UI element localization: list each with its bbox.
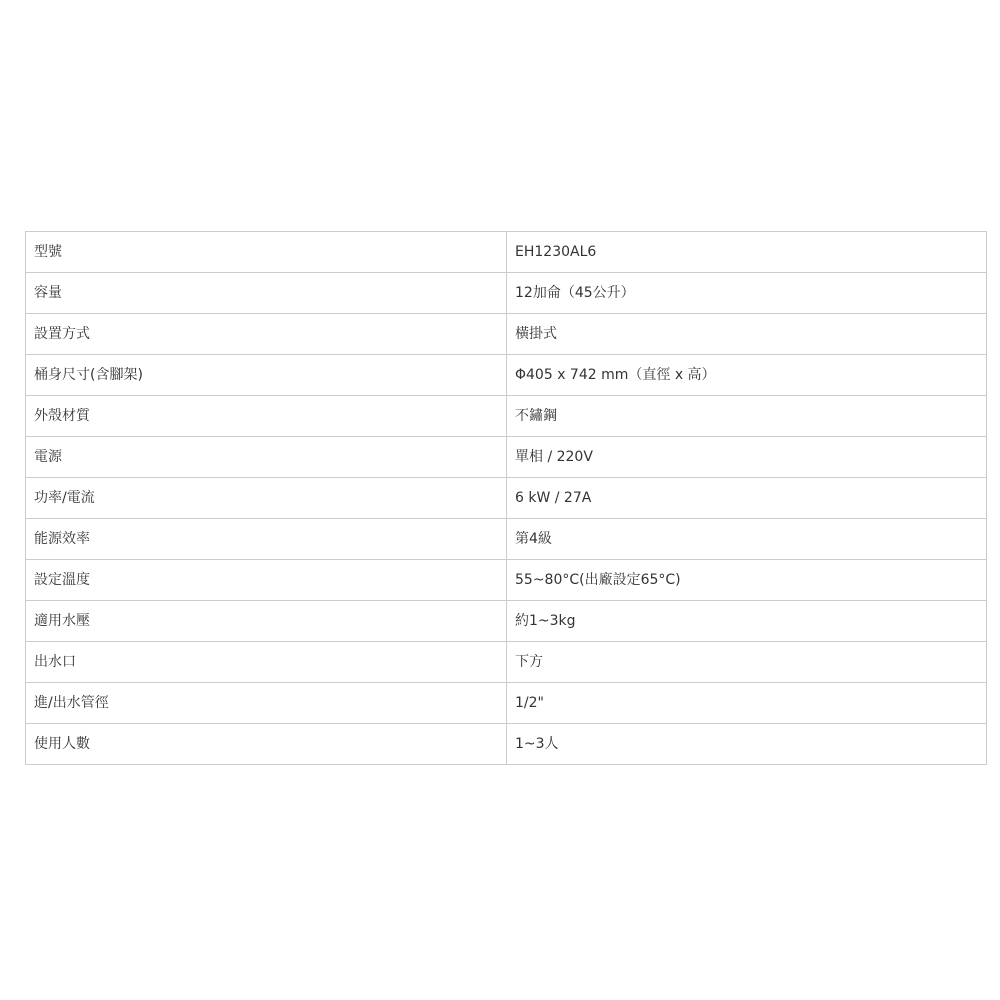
spec-value: 下方 <box>507 642 987 683</box>
spec-value: 12加侖（45公升） <box>507 273 987 314</box>
spec-label: 外殼材質 <box>26 396 507 437</box>
spec-value: 6 kW / 27A <box>507 478 987 519</box>
spec-label: 使用人數 <box>26 724 507 765</box>
spec-label: 設定溫度 <box>26 560 507 601</box>
spec-value: 55~80°C(出廠設定65°C) <box>507 560 987 601</box>
spec-table: 型號EH1230AL6 容量12加侖（45公升） 設置方式橫掛式 桶身尺寸(含腳… <box>25 231 987 765</box>
spec-label: 適用水壓 <box>26 601 507 642</box>
spec-label: 進/出水管徑 <box>26 683 507 724</box>
spec-label: 型號 <box>26 232 507 273</box>
spec-label: 設置方式 <box>26 314 507 355</box>
spec-label: 桶身尺寸(含腳架) <box>26 355 507 396</box>
spec-value: Φ405 x 742 mm（直徑 x 高） <box>507 355 987 396</box>
spec-value: 1/2" <box>507 683 987 724</box>
table-row: 外殼材質不鏽鋼 <box>26 396 987 437</box>
spec-value: 1~3人 <box>507 724 987 765</box>
spec-label: 出水口 <box>26 642 507 683</box>
table-row: 出水口下方 <box>26 642 987 683</box>
spec-value: 橫掛式 <box>507 314 987 355</box>
table-row: 桶身尺寸(含腳架)Φ405 x 742 mm（直徑 x 高） <box>26 355 987 396</box>
spec-label: 功率/電流 <box>26 478 507 519</box>
spec-value: EH1230AL6 <box>507 232 987 273</box>
table-row: 型號EH1230AL6 <box>26 232 987 273</box>
spec-value: 約1~3kg <box>507 601 987 642</box>
spec-label: 能源效率 <box>26 519 507 560</box>
spec-value: 第4級 <box>507 519 987 560</box>
table-row: 電源單相 / 220V <box>26 437 987 478</box>
table-row: 使用人數1~3人 <box>26 724 987 765</box>
table-row: 能源效率第4級 <box>26 519 987 560</box>
table-row: 進/出水管徑1/2" <box>26 683 987 724</box>
spec-label: 電源 <box>26 437 507 478</box>
spec-value: 不鏽鋼 <box>507 396 987 437</box>
spec-value: 單相 / 220V <box>507 437 987 478</box>
table-row: 設定溫度55~80°C(出廠設定65°C) <box>26 560 987 601</box>
spec-label: 容量 <box>26 273 507 314</box>
table-row: 設置方式橫掛式 <box>26 314 987 355</box>
table-row: 適用水壓約1~3kg <box>26 601 987 642</box>
table-row: 容量12加侖（45公升） <box>26 273 987 314</box>
table-row: 功率/電流6 kW / 27A <box>26 478 987 519</box>
